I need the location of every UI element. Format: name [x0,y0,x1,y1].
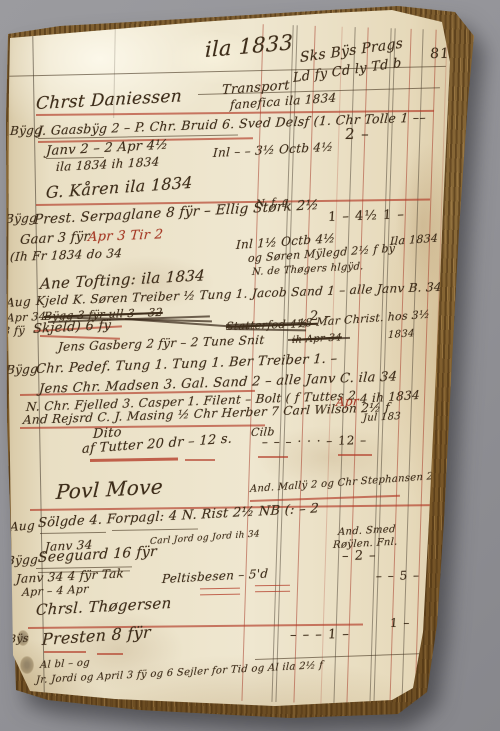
amount: 2 – [344,125,371,143]
entry-note: Jul 183 [363,411,402,424]
amount: – 2 – [341,548,377,564]
margin-note: Bÿgg [6,362,39,377]
entry-note: 1834 [388,328,415,341]
red-dash [44,651,86,653]
red-ink-note: Apr 3 Tir 2 [87,227,163,245]
red-equals-mark [200,588,240,596]
ledger-book: 81 ila 1833 Sks Bÿs Prags Ld fy Cd ly Td… [0,0,500,731]
red-dash [97,653,123,655]
ledger-photo: 81 ila 1833 Sks Bÿs Prags Ld fy Cd ly Td… [0,0,500,731]
amount: – – – 1 – [289,627,350,643]
amount: – – – · · · – 12 – [261,433,367,449]
red-dash [258,456,288,458]
red-equals-mark [255,585,290,593]
rule-line [369,28,391,705]
amount: – – 5 – [375,568,420,583]
margin-note: Bÿgg [5,211,38,226]
red-dash [338,454,372,456]
margin-note: Bÿs [8,632,29,647]
amount: 1 – [389,616,411,630]
amount: 1 – 4½ 1 – [327,207,405,225]
margin-note: 3 fÿ [3,324,26,338]
red-dash [185,459,215,461]
rule-line [389,29,411,706]
margin-note: Bÿgg [6,552,39,568]
margin-note: Aug [6,294,31,310]
margin-note: Aug [10,518,35,534]
rule-line [401,29,423,706]
